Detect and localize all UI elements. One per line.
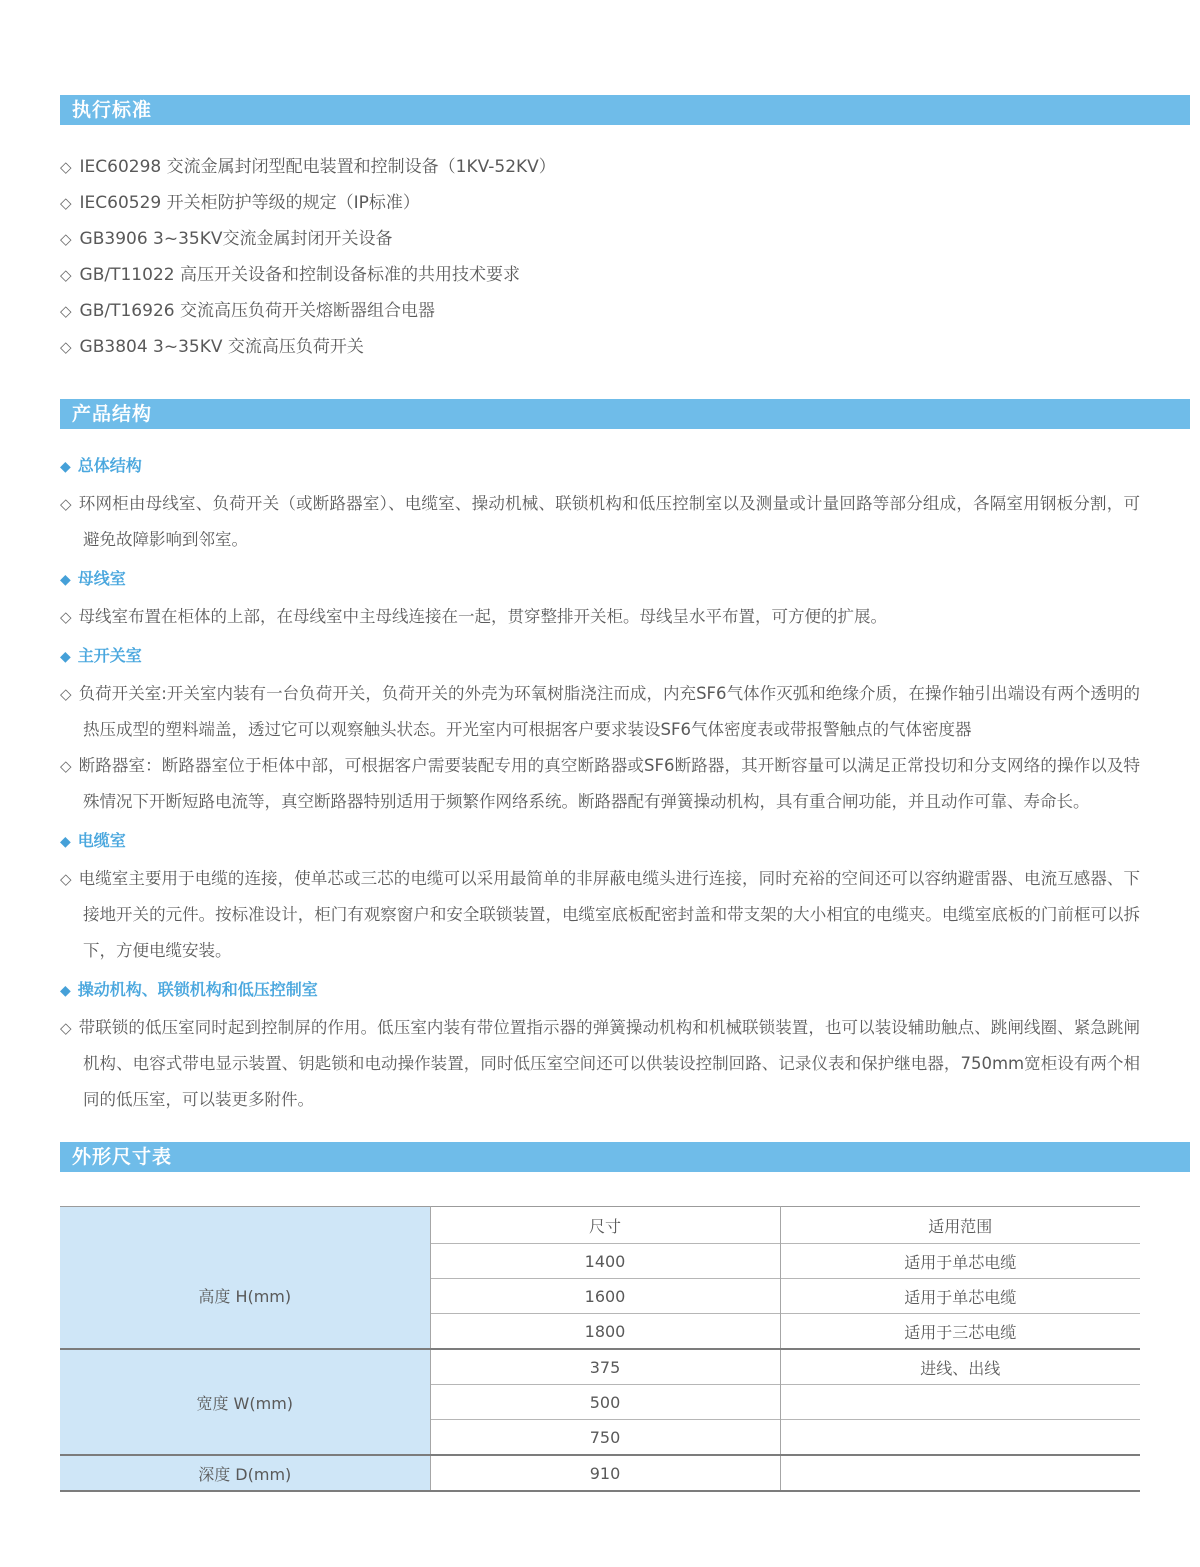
table-cell-range: 进线、出线 (780, 1349, 1140, 1385)
section-header-structure: 产品结构 (60, 399, 1190, 429)
table-row: 宽度 W(mm)375进线、出线 (60, 1349, 1140, 1385)
table-group-label: 宽度 W(mm) (60, 1349, 430, 1455)
subsection-heading-text: 总体结构 (78, 456, 142, 475)
diamond-outline-icon: ◇ (60, 870, 72, 888)
body-paragraph-text: 断路器室：断路器室位于柜体中部，可根据客户需要装配专用的真空断路器或SF6断路器… (79, 756, 1140, 811)
table-row: 深度 D(mm)910 (60, 1455, 1140, 1491)
diamond-filled-icon: ◆ (60, 572, 71, 588)
diamond-outline-icon: ◇ (60, 158, 72, 176)
diamond-outline-icon: ◇ (60, 302, 72, 320)
table-cell-range (780, 1420, 1140, 1456)
standards-list-item-text: IEC60529 开关柜防护等级的规定（IP标准） (80, 193, 420, 213)
table-cell-range: 适用于单芯电缆 (780, 1279, 1140, 1314)
structure-subsections: ◆总体结构◇环网柜由母线室、负荷开关（或断路器室）、电缆室、操动机械、联锁机构和… (60, 455, 1140, 1118)
diamond-filled-icon: ◆ (60, 834, 71, 850)
standards-list-item: ◇GB3906 3~35KV交流金属封闭开关设备 (60, 221, 1140, 257)
standards-list-item: ◇IEC60529 开关柜防护等级的规定（IP标准） (60, 185, 1140, 221)
body-paragraph-text: 负荷开关室:开关室内装有一台负荷开关，负荷开关的外壳为环氧树脂浇注而成，内充SF… (79, 684, 1140, 739)
diamond-filled-icon: ◆ (60, 649, 71, 665)
diamond-filled-icon: ◆ (60, 459, 71, 475)
body-paragraph-text: 母线室布置在柜体的上部，在母线室中主母线连接在一起，贯穿整排开关柜。母线呈水平布… (79, 607, 888, 626)
standards-list-item: ◇IEC60298 交流金属封闭型配电装置和控制设备（1KV-52KV） (60, 149, 1140, 185)
body-paragraph-text: 环网柜由母线室、负荷开关（或断路器室）、电缆室、操动机械、联锁机构和低压控制室以… (79, 494, 1140, 549)
body-paragraph: ◇断路器室：断路器室位于柜体中部，可根据客户需要装配专用的真空断路器或SF6断路… (60, 748, 1140, 820)
body-paragraph: ◇母线室布置在柜体的上部，在母线室中主母线连接在一起，贯穿整排开关柜。母线呈水平… (60, 599, 1140, 635)
subsection-heading-text: 电缆室 (78, 831, 126, 850)
body-paragraph-text: 电缆室主要用于电缆的连接，使单芯或三芯的电缆可以采用最简单的非屏蔽电缆头进行连接… (79, 869, 1140, 960)
body-paragraph: ◇负荷开关室:开关室内装有一台负荷开关，负荷开关的外壳为环氧树脂浇注而成，内充S… (60, 676, 1140, 748)
table-cell-range: 适用于三芯电缆 (780, 1314, 1140, 1350)
table-cell-range (780, 1455, 1140, 1491)
page-content: 执行标准 ◇IEC60298 交流金属封闭型配电装置和控制设备（1KV-52KV… (60, 95, 1190, 1492)
dimensions-table: 尺寸适用范围高度 H(mm)1400适用于单芯电缆1600适用于单芯电缆1800… (60, 1206, 1140, 1492)
table-header-row: 尺寸适用范围 (60, 1207, 1140, 1244)
table-header-range: 适用范围 (780, 1207, 1140, 1244)
subsection-heading-text: 母线室 (78, 569, 126, 588)
diamond-outline-icon: ◇ (60, 194, 72, 212)
table-cell-size: 375 (430, 1349, 780, 1385)
table-cell-size: 1600 (430, 1279, 780, 1314)
table-row: 高度 H(mm)1400适用于单芯电缆 (60, 1244, 1140, 1279)
table-header-size: 尺寸 (430, 1207, 780, 1244)
dimensions-table-body: 尺寸适用范围高度 H(mm)1400适用于单芯电缆1600适用于单芯电缆1800… (60, 1207, 1140, 1492)
section-header-dimensions: 外形尺寸表 (60, 1142, 1190, 1172)
subsection-heading: ◆主开关室 (60, 645, 1140, 668)
standards-list-item-text: GB3906 3~35KV交流金属封闭开关设备 (80, 229, 393, 249)
standards-list-item-text: GB3804 3~35KV 交流高压负荷开关 (80, 337, 364, 357)
table-group-label: 深度 D(mm) (60, 1455, 430, 1491)
diamond-outline-icon: ◇ (60, 608, 72, 626)
standards-list-item: ◇GB/T16926 交流高压负荷开关熔断器组合电器 (60, 293, 1140, 329)
subsection-heading-text: 操动机构、联锁机构和低压控制室 (78, 980, 318, 999)
diamond-outline-icon: ◇ (60, 685, 72, 703)
standards-list-item: ◇GB3804 3~35KV 交流高压负荷开关 (60, 329, 1140, 365)
table-cell-size: 1400 (430, 1244, 780, 1279)
table-cell-size: 1800 (430, 1314, 780, 1350)
subsection-heading-text: 主开关室 (78, 646, 142, 665)
subsection-heading: ◆操动机构、联锁机构和低压控制室 (60, 979, 1140, 1002)
diamond-outline-icon: ◇ (60, 266, 72, 284)
body-paragraph: ◇环网柜由母线室、负荷开关（或断路器室）、电缆室、操动机械、联锁机构和低压控制室… (60, 486, 1140, 558)
body-paragraph-text: 带联锁的低压室同时起到控制屏的作用。低压室内装有带位置指示器的弹簧操动机构和机械… (79, 1018, 1140, 1109)
table-cell-range: 适用于单芯电缆 (780, 1244, 1140, 1279)
standards-list-item-text: GB/T16926 交流高压负荷开关熔断器组合电器 (80, 301, 435, 321)
diamond-outline-icon: ◇ (60, 338, 72, 356)
table-cell-size: 750 (430, 1420, 780, 1456)
diamond-outline-icon: ◇ (60, 1019, 72, 1037)
diamond-filled-icon: ◆ (60, 983, 71, 999)
table-cell-size: 910 (430, 1455, 780, 1491)
body-paragraph: ◇带联锁的低压室同时起到控制屏的作用。低压室内装有带位置指示器的弹簧操动机构和机… (60, 1010, 1140, 1118)
standards-list-item-text: GB/T11022 高压开关设备和控制设备标准的共用技术要求 (80, 265, 520, 285)
diamond-outline-icon: ◇ (60, 230, 72, 248)
subsection-heading: ◆电缆室 (60, 830, 1140, 853)
standards-list-item: ◇GB/T11022 高压开关设备和控制设备标准的共用技术要求 (60, 257, 1140, 293)
standards-list: ◇IEC60298 交流金属封闭型配电装置和控制设备（1KV-52KV）◇IEC… (60, 149, 1140, 365)
subsection-heading: ◆母线室 (60, 568, 1140, 591)
diamond-outline-icon: ◇ (60, 757, 72, 775)
table-cell-size: 500 (430, 1385, 780, 1420)
table-left-header-cell (60, 1207, 430, 1244)
standards-list-item-text: IEC60298 交流金属封闭型配电装置和控制设备（1KV-52KV） (80, 157, 556, 177)
subsection-heading: ◆总体结构 (60, 455, 1140, 478)
body-paragraph: ◇电缆室主要用于电缆的连接，使单芯或三芯的电缆可以采用最简单的非屏蔽电缆头进行连… (60, 861, 1140, 969)
table-cell-range (780, 1385, 1140, 1420)
section-header-standards: 执行标准 (60, 95, 1190, 125)
diamond-outline-icon: ◇ (60, 495, 72, 513)
table-group-label: 高度 H(mm) (60, 1244, 430, 1350)
